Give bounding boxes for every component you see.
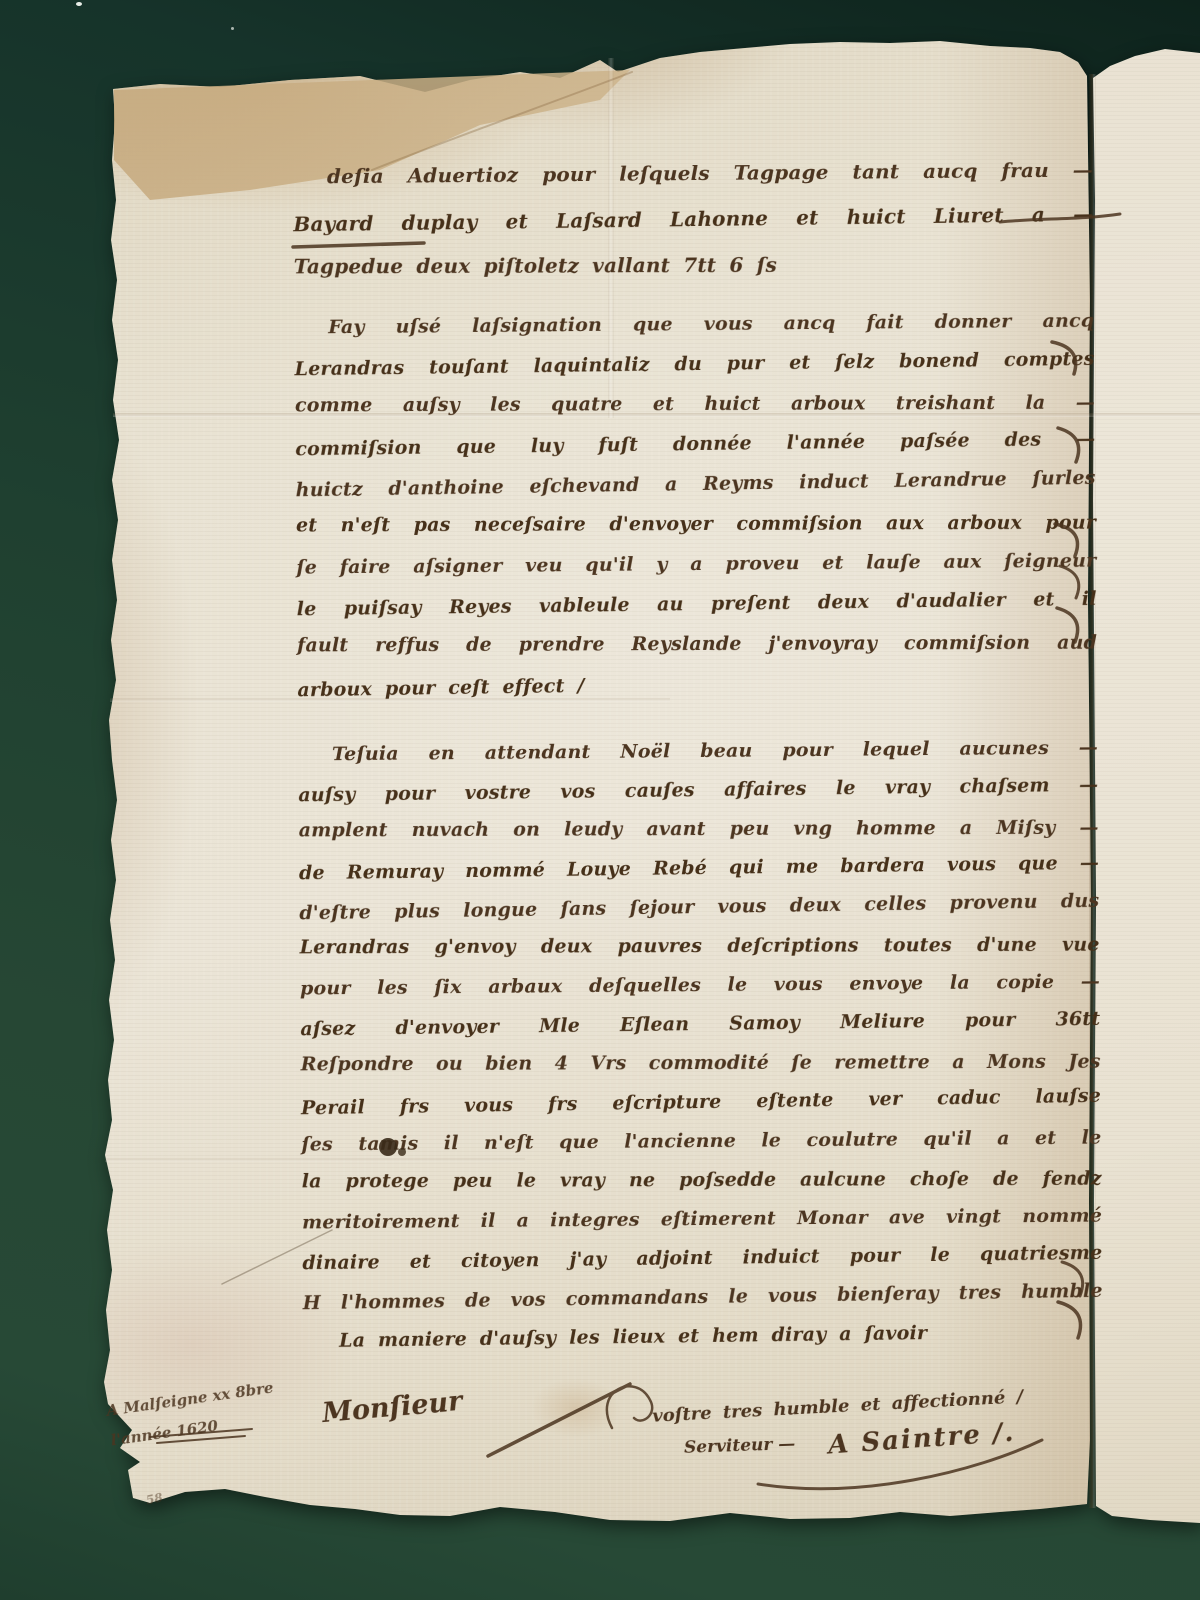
valediction-line: Serviteur — <box>684 1434 796 1458</box>
paragraph-1: deſia Aduertioz pour leſquels Tagpage ta… <box>293 147 1094 292</box>
manuscript-text: deſia Aduertioz pour leſquels Tagpage ta… <box>293 147 1103 1360</box>
manuscript-line: Bayard duplay et Laſsard Lahonne et huic… <box>293 191 1094 247</box>
paragraph-2: Fay uſsé laſsignation que vous ancq fait… <box>294 301 1097 708</box>
manuscript-line: comme auſsy les quatre et huict arboux t… <box>295 383 1095 426</box>
manuscript-line: Lerandras g'envoy deux pauvres deſcripti… <box>300 926 1100 968</box>
manuscript-line: amplent nuvach on leudy avant peu vng ho… <box>299 809 1099 851</box>
photo-background: deſia Aduertioz pour leſquels Tagpage ta… <box>0 0 1200 1600</box>
manuscript-line: et n'eſt pas neceſsaire d'envoyer commiſ… <box>296 503 1096 546</box>
paragraph-3: Teſuia en attendant Noël beau pour leque… <box>298 729 1103 1360</box>
manuscript-line: la protege peu le vray ne poſsedde aulcu… <box>302 1160 1102 1202</box>
manuscript-line: Tagpedue deux piſtoletz vallant 7tt 6 ſs <box>294 241 1094 290</box>
manuscript-line: arboux pour ceſt effect / <box>297 658 1098 711</box>
